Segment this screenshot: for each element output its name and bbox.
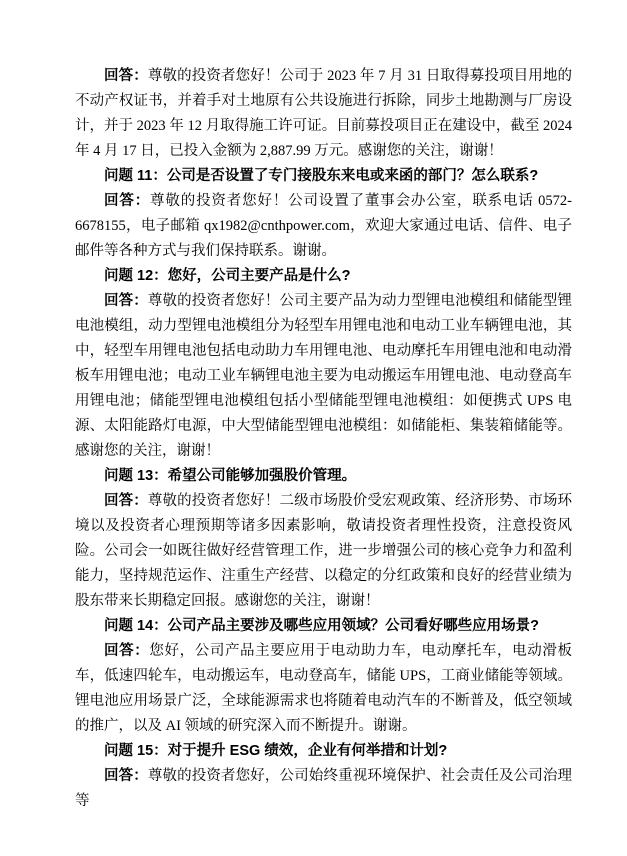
question-15-heading: 问题 15：对于提升 ESG 绩效，企业有何举措和计划? — [75, 739, 572, 764]
answer-14-paragraph: 回答：您好，公司产品主要应用于电动助力车，电动摩托车，电动滑板车，低速四轮车，电… — [75, 639, 572, 739]
answer-12-paragraph: 回答：尊敬的投资者您好！公司主要产品为动力型锂电池模组和储能型锂电池模组，动力型… — [75, 289, 572, 464]
document-page: 回答：尊敬的投资者您好！公司于 2023 年 7 月 31 日取得募投项目用地的… — [0, 0, 627, 856]
answer-label: 回答： — [104, 643, 149, 659]
answer-text: 尊敬的投资者您好！公司主要产品为动力型锂电池模组和储能型锂电池模组，动力型锂电池… — [75, 293, 572, 459]
question-12-heading: 问题 12：您好，公司主要产品是什么? — [75, 264, 572, 289]
question-14-heading: 问题 14：公司产品主要涉及哪些应用领域？公司看好哪些应用场景? — [75, 614, 572, 639]
answer-text: 尊敬的投资者您好！公司设置了董事会办公室，联系电话 0572-6678155，电… — [75, 193, 572, 259]
answer-text: 您好，公司产品主要应用于电动助力车，电动摩托车，电动滑板车，低速四轮车，电动搬运… — [75, 643, 572, 734]
answer-label: 回答： — [104, 193, 150, 209]
question-11-heading: 问题 11：公司是否设置了专门接股东来电或来函的部门？怎么联系? — [75, 164, 572, 189]
answer-label: 回答： — [104, 493, 148, 509]
question-13-heading: 问题 13：希望公司能够加强股价管理。 — [75, 464, 572, 489]
answer-text: 尊敬的投资者您好！二级市场股价受宏观政策、经济形势、市场环境以及投资者心理预期等… — [75, 493, 572, 609]
answer-text: 尊敬的投资者您好，公司始终重视环境保护、社会责任及公司治理等 — [75, 768, 572, 809]
answer-label: 回答： — [104, 293, 148, 309]
answer-paragraph-continuation: 回答：尊敬的投资者您好！公司于 2023 年 7 月 31 日取得募投项目用地的… — [75, 64, 572, 164]
answer-13-paragraph: 回答：尊敬的投资者您好！二级市场股价受宏观政策、经济形势、市场环境以及投资者心理… — [75, 489, 572, 614]
answer-11-paragraph: 回答：尊敬的投资者您好！公司设置了董事会办公室，联系电话 0572-667815… — [75, 189, 572, 264]
answer-label: 回答： — [104, 768, 148, 784]
qa-text-block: 回答：尊敬的投资者您好！公司于 2023 年 7 月 31 日取得募投项目用地的… — [75, 64, 572, 814]
answer-15-paragraph: 回答：尊敬的投资者您好，公司始终重视环境保护、社会责任及公司治理等 — [75, 764, 572, 814]
answer-text: 尊敬的投资者您好！公司于 2023 年 7 月 31 日取得募投项目用地的不动产… — [75, 68, 572, 159]
answer-label: 回答： — [104, 68, 148, 84]
